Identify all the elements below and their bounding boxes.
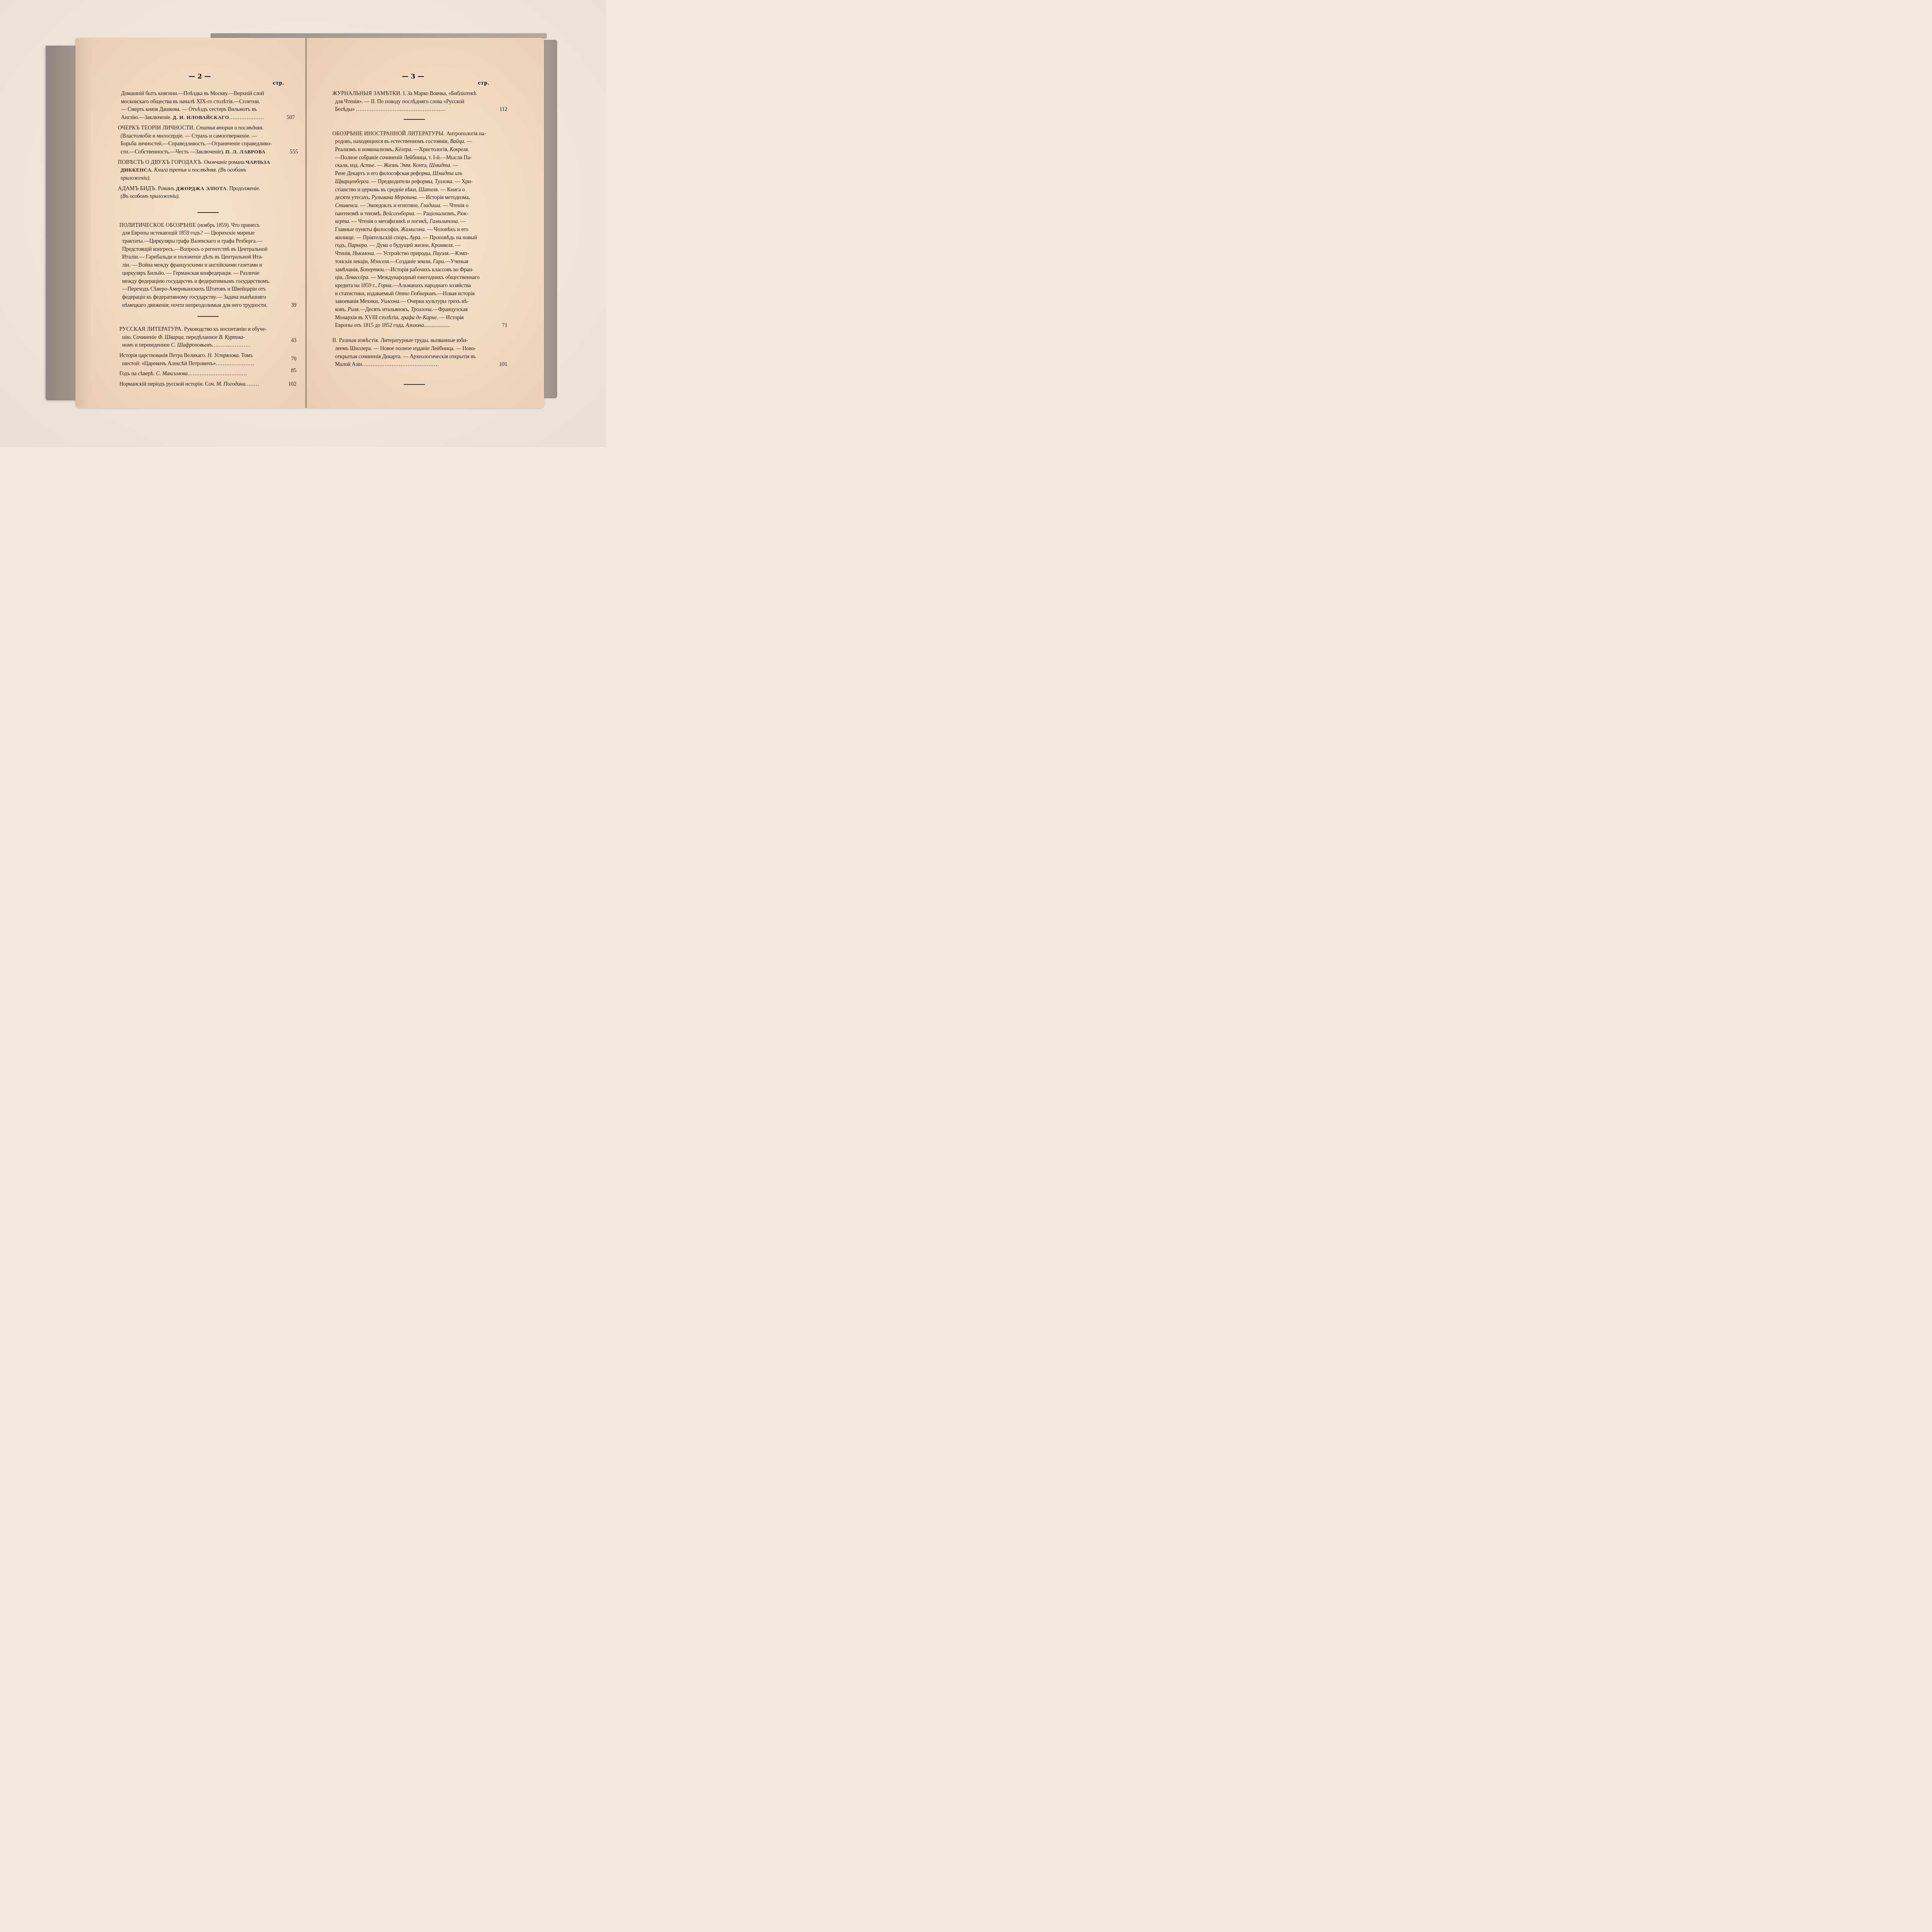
page-number-3: — 3 — — [402, 73, 424, 80]
author-italic: Туллока — [435, 179, 452, 185]
entry-title: ОЧЕРКЪ ТЕОРІИ ЛИЧНОСТИ. — [118, 125, 195, 131]
author-italic: Ньюмона — [352, 250, 374, 257]
toc-line: пантеизмѣ и теизмѣ, Вейссенборна. — Раці… — [332, 210, 481, 218]
book-gutter — [305, 38, 307, 408]
author-italic: Мэнселя — [370, 259, 389, 265]
toc-line: замѣчанія, Бопертюи.—Исторія рабочихъ кл… — [332, 266, 481, 274]
entry-title: ПОЛИТИЧЕСКОЕ ОБОЗРѢНІЕ — [119, 222, 196, 228]
author-italic: Ализона — [406, 322, 424, 328]
toc-line: Щварценберга. — Предводители реформы, Ту… — [332, 178, 481, 186]
right-page-toc: ЖУРНАЛЬНЫЯ ЗАМѢТКИ. I. За Марко Вовчка, … — [332, 90, 497, 393]
toc-entry-misc-news: II. Разныя извѣстія. Литературные труды,… — [332, 337, 497, 369]
author-italic: Шмидта изъ — [432, 170, 462, 177]
toc-entry-dickens: ПОВѢСТЬ О ДВУХЪ ГОРОДАХЪ. Окончаніе рома… — [118, 158, 295, 182]
toc-line: ковъ, Риля.—Десять итальянокъ, Троллопа.… — [332, 306, 481, 314]
toc-line: тонскія лекціи, Мэнселя.—Созданіе земли,… — [332, 258, 481, 266]
author-italic: Бопертюи — [360, 267, 384, 273]
toc-entry-lavrov: ОЧЕРКЪ ТЕОРІИ ЛИЧНОСТИ. Статья вторая и … — [118, 124, 295, 156]
toc-line: керта. — Чтенія о метафизикѣ и логикѣ, Г… — [332, 218, 481, 226]
toc-line: Чтенія, Ньюмона. — Устройство природы, П… — [332, 250, 481, 258]
entry-title: II. Разныя извѣстія. — [332, 337, 379, 344]
toc-entry-foreign-literature: ОБОЗРѢНІЕ ИНОСТРАННОЙ ЛИТЕРАТУРЫ. Антроп… — [332, 130, 497, 330]
page-ref: 39 — [282, 301, 296, 310]
toc-entry-political-review: ПОЛИТИЧЕСКОЕ ОБОЗРѢНІЕ (ноябрь 1859). Чт… — [119, 221, 295, 310]
page-column-label: стр. — [273, 80, 284, 86]
page-ref: 85 — [282, 367, 296, 375]
page-ref: 555 — [283, 148, 298, 156]
page-ref: 102 — [282, 380, 296, 388]
toc-line: кредита на 1859 г., Горна.—Альманахъ нар… — [332, 282, 481, 290]
toc-line: ціи, Левассёра. — Международный ежегодни… — [332, 274, 481, 282]
section-divider — [197, 212, 219, 213]
author-italic: Гамильтона — [429, 218, 457, 224]
author-italic: Отто Гюбнеромъ — [395, 291, 436, 297]
page-ref: 71 — [493, 321, 507, 330]
author-italic: Астье — [360, 162, 374, 168]
toc-line: Монархія въ XVIII столѣтіи, графа де-Кар… — [332, 314, 481, 322]
left-page-toc: Домашній бытъ княгини.—Поѣздка въ Москву… — [121, 90, 295, 391]
toc-entry-ustryalov: Исторія царствованія Петра Великаго. Н. … — [119, 352, 295, 367]
page-number-2: — 2 — — [189, 73, 211, 80]
page-ref: 507 — [280, 114, 295, 122]
toc-line: Реализмъ и номинализмъ, Кёлера. —Христол… — [332, 146, 481, 154]
toc-line: Европы отъ 1815 до 1852 года, Ализона...… — [332, 321, 481, 330]
toc-line: —Полное собраніе сочиненій Лейбница, т. … — [332, 154, 481, 162]
section-divider — [404, 119, 425, 120]
author-italic: графа де-Карне — [401, 315, 437, 321]
toc-line: Стивенса. — Эмпедоклъ и египтяне, Гладиш… — [332, 202, 481, 210]
author-italic: Стивенса — [335, 202, 357, 209]
toc-entry-ilovaisky: Домашній бытъ княгини.—Поѣздка въ Москву… — [121, 90, 295, 122]
toc-entry-pogodin: Норманскій періодъ русской исторіи. Соч.… — [119, 380, 295, 388]
author-italic: Аура — [410, 235, 420, 241]
author: П. Л. ЛАВРОВА — [225, 149, 265, 155]
entry-title: ОБОЗРѢНІЕ ИНОСТРАННОЙ ЛИТЕРАТУРЫ. — [332, 131, 445, 137]
toc-line: годъ, Паркера. — Дума о будущей жизни, К… — [332, 241, 481, 250]
author-italic: керта — [335, 218, 349, 224]
author-italic: Левассёра — [345, 274, 368, 281]
author-italic: Гари — [433, 259, 444, 265]
author-italic: Вайца — [450, 138, 464, 145]
author-italic: Шателя — [418, 187, 438, 193]
author-italic: Паркера — [348, 242, 367, 248]
toc-entry-maksimov: Годъ на сѣверѣ. С. Максимова............… — [119, 370, 295, 378]
entry-title: ЖУРНАЛЬНЫЯ ЗАМѢТКИ. — [332, 90, 402, 97]
entry-title: АДАМЪ БИДЪ. — [118, 185, 156, 192]
page-ref: 112 — [493, 105, 507, 114]
author-italic: Гладиша — [420, 202, 440, 209]
author: Д. И. ИЛОВАЙСКАГО — [173, 114, 229, 120]
author-italic: Пауэля — [433, 250, 449, 257]
author-italic: Рульмана Мерсвина — [372, 194, 417, 201]
left-page-torn-edge — [75, 39, 91, 408]
toc-line: родовъ, находящихся въ естественномъ сос… — [332, 138, 481, 146]
author-italic: Горна — [378, 282, 391, 289]
toc-line: Главные пункты философіи, Жамисона. — Че… — [332, 226, 481, 234]
page-ref: 43 — [282, 337, 296, 345]
author-italic: Шмидта — [429, 162, 450, 168]
toc-entry-eliot: АДАМЪ БИДЪ. Романъ ДЖОРДЖА ЭЛІОТА. Продо… — [118, 185, 295, 201]
author-italic: Вейссенборна — [383, 211, 414, 217]
toc-entry-russian-literature: РУССКАЯ ЛИТЕРАТУРА. Руководство къ воспи… — [119, 325, 295, 349]
toc-line: и статистики, издаваемый Отто Гюбнеромъ.… — [332, 290, 481, 298]
author-italic: Кромвеля — [431, 242, 452, 248]
toc-line: завоеванія Мехики, Уилсона.— Очерки куль… — [332, 298, 481, 306]
toc-line: жилище. — Пріятельскій споръ, Аура. — Пр… — [332, 234, 481, 242]
section-divider — [404, 384, 425, 385]
section-divider — [197, 316, 219, 317]
toc-line: скаля, изд. Астье. — Жизнь Эмм. Конта, Ш… — [332, 162, 481, 170]
foreign-literature-lines: родовъ, находящихся въ естественномъ сос… — [332, 138, 481, 330]
toc-line: десяти утесахъ, Рульмана Мерсвина. — Ист… — [332, 194, 481, 202]
toc-line: Рене Декартъ и его философская реформа, … — [332, 170, 481, 178]
author-italic: Уилсона — [381, 298, 400, 304]
author-italic: Жамисона — [401, 226, 425, 233]
author-italic: Щварценберга — [335, 179, 369, 185]
author-italic: Троллопа — [411, 306, 432, 313]
page-column-label: стр. — [478, 80, 489, 86]
author-italic: Кёлера — [395, 146, 411, 153]
page-ref: 101 — [493, 361, 507, 369]
entry-title: ПОВѢСТЬ О ДВУХЪ ГОРОДАХЪ. — [118, 159, 202, 165]
author-italic: Риля — [348, 306, 359, 313]
page-ref: 70 — [282, 355, 296, 363]
author-italic: Кокреля — [450, 146, 468, 153]
author-italic: Рюк- — [457, 211, 468, 217]
toc-entry-journal-notes: ЖУРНАЛЬНЫЯ ЗАМѢТКИ. I. За Марко Вовчка, … — [332, 90, 497, 114]
toc-line: стіанство и церковь въ средніе вѣки, Шат… — [332, 186, 481, 194]
entry-title: РУССКАЯ ЛИТЕРАТУРА. — [119, 326, 183, 332]
